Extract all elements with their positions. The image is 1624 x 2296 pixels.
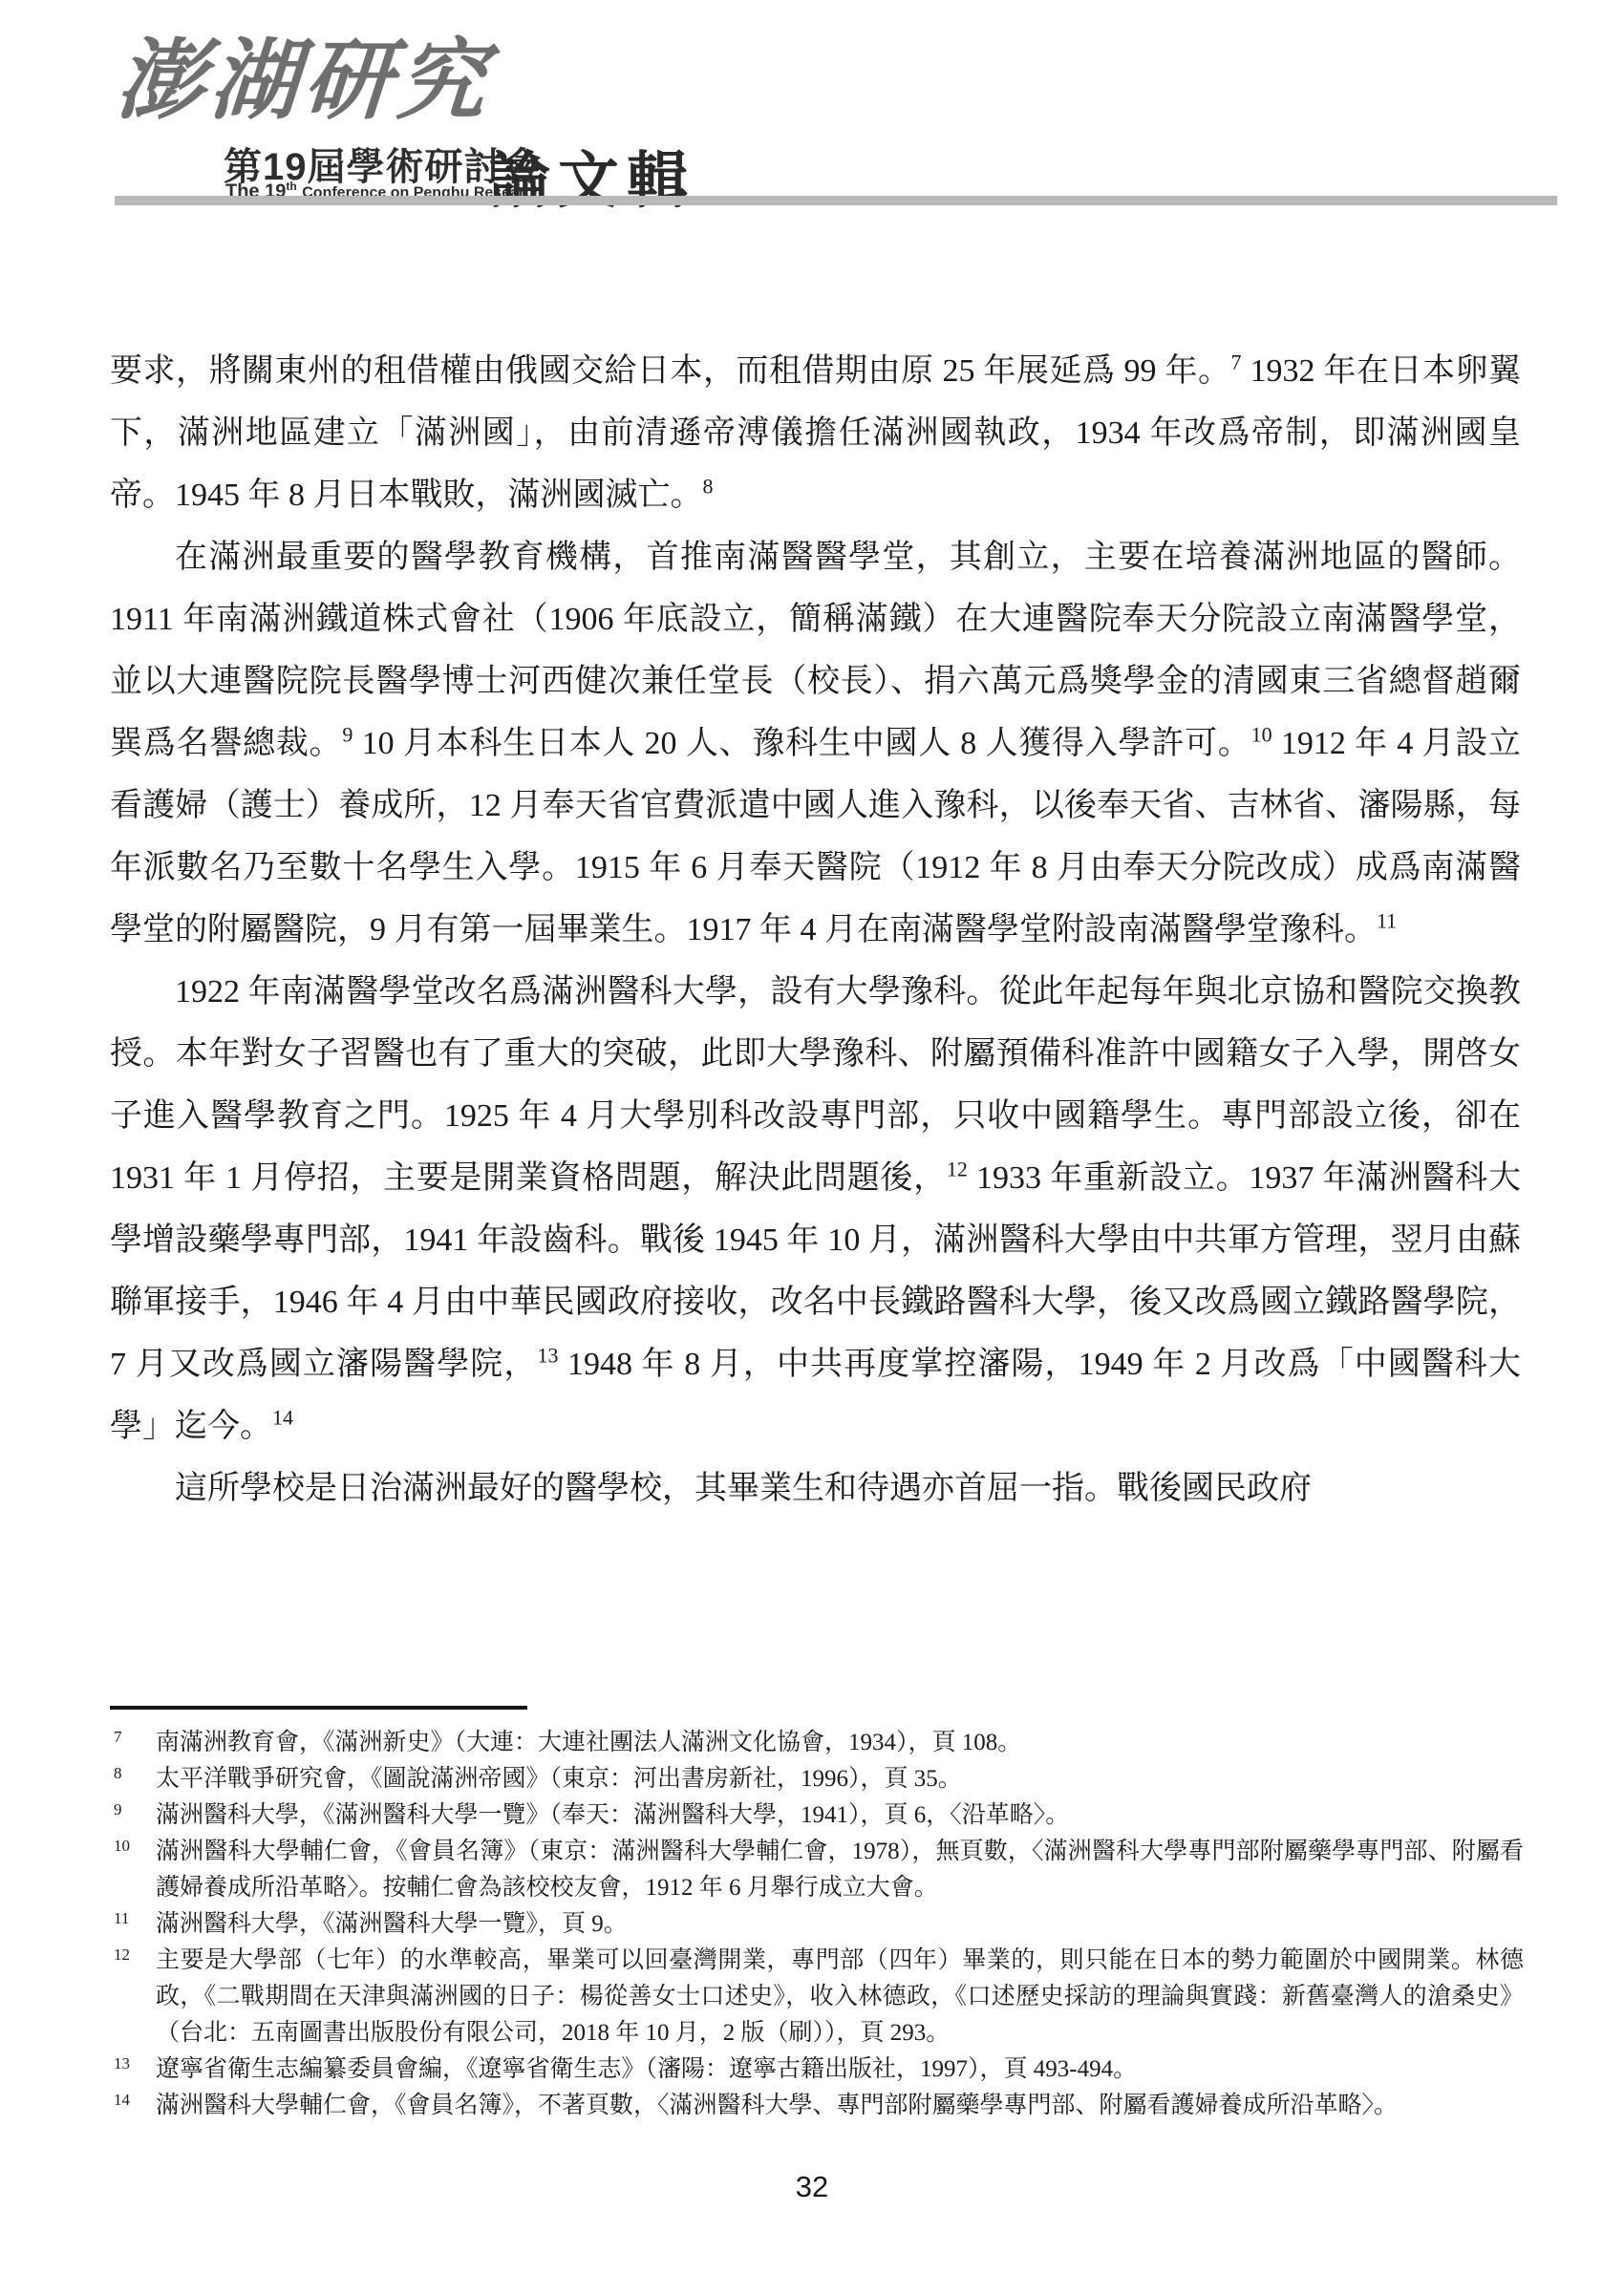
paragraph: 要求，將關東州的租借權由俄國交給日本，而租借期由原 25 年展延爲 99 年。7… (110, 340, 1521, 526)
footnote-item: 12主要是大學部（七年）的水準較高，畢業可以回臺灣開業，專門部（四年）畢業的，則… (110, 1943, 1524, 2052)
footnote-list: 7南滿洲教育會，《滿洲新史》（大連：大連社團法人滿洲文化協會，1934），頁 1… (110, 1725, 1524, 2124)
paragraph: 這所學校是日治滿洲最好的醫學校，其畢業生和待遇亦首屈一指。戰後國民政府 (110, 1457, 1521, 1520)
footnote-item: 8太平洋戰爭研究會，《圖說滿洲帝國》（東京：河出書房新社，1996），頁 35。 (110, 1761, 1524, 1797)
conference-en-ordinal: th (286, 180, 296, 193)
footnote-item: 11滿洲醫科大學，《滿洲醫科大學一覽》，頁 9。 (110, 1906, 1524, 1943)
footnote-ref: 8 (703, 475, 714, 499)
footnote-ref: 10 (1251, 723, 1272, 747)
footnote-ref: 12 (947, 1158, 968, 1181)
proceedings-label: 論文輯 (489, 132, 695, 220)
footnote-item: 13遼寧省衛生志編纂委員會編，《遼寧省衛生志》（瀋陽：遼寧古籍出版社，1997）… (110, 2052, 1524, 2088)
footnote-text: 南滿洲教育會，《滿洲新史》（大連：大連社團法人滿洲文化協會，1934），頁 10… (156, 1730, 1021, 1755)
footnote-number: 7 (114, 1719, 122, 1755)
footnote-number: 9 (114, 1792, 122, 1828)
paragraph: 1922 年南滿醫學堂改名爲滿洲醫科大學，設有大學豫科。從此年起每年與北京協和醫… (110, 961, 1521, 1457)
footnote-text: 遼寧省衛生志編纂委員會編，《遼寧省衛生志》（瀋陽：遼寧古籍出版社，1997），頁… (156, 2056, 1137, 2082)
footnote-number: 14 (114, 2082, 130, 2118)
footnote-ref: 9 (342, 723, 353, 747)
footnote-item: 10滿洲醫科大學輔仁會，《會員名簿》（東京：滿洲醫科大學輔仁會，1978），無頁… (110, 1834, 1524, 1906)
page-number: 32 (0, 2170, 1624, 2204)
footnote-item: 14滿洲醫科大學輔仁會，《會員名簿》，不著頁數，〈滿洲醫科大學、專門部附屬藥學專… (110, 2088, 1524, 2124)
footnote-ref: 13 (537, 1344, 558, 1368)
footnote-ref: 14 (272, 1406, 293, 1430)
footnote-text: 滿洲醫科大學，《滿洲醫科大學一覽》，頁 9。 (156, 1911, 628, 1937)
paragraph: 在滿洲最重要的醫學教育機構，首推南滿醫醫學堂，其創立，主要在培養滿洲地區的醫師。… (110, 526, 1521, 961)
footnote-item: 7南滿洲教育會，《滿洲新史》（大連：大連社團法人滿洲文化協會，1934），頁 1… (110, 1725, 1524, 1761)
footnote-ref: 11 (1377, 909, 1397, 933)
document-page: 澎湖研究 第19屆學術研討會 The 19th Conference on Pe… (0, 0, 1624, 2296)
footnote-ref: 7 (1231, 351, 1242, 374)
penghu-research-logo: 澎湖研究 (113, 29, 495, 134)
footnote-number: 8 (114, 1755, 122, 1792)
footnote-divider (110, 1706, 527, 1710)
footnote-text: 太平洋戰爭研究會，《圖說滿洲帝國》（東京：河出書房新社，1996），頁 35。 (156, 1766, 962, 1792)
article-body: 要求，將關東州的租借權由俄國交給日本，而租借期由原 25 年展延爲 99 年。7… (110, 340, 1521, 1520)
footnote-text: 滿洲醫科大學輔仁會，《會員名簿》（東京：滿洲醫科大學輔仁會，1978），無頁數，… (156, 1839, 1524, 1901)
footnote-text: 主要是大學部（七年）的水準較高，畢業可以回臺灣開業，專門部（四年）畢業的，則只能… (156, 1947, 1524, 2046)
footnote-item: 9滿洲醫科大學，《滿洲醫科大學一覽》（奉天：滿洲醫科大學，1941），頁 6，〈… (110, 1797, 1524, 1834)
footnote-text: 滿洲醫科大學，《滿洲醫科大學一覽》（奉天：滿洲醫科大學，1941），頁 6，〈沿… (156, 1802, 1069, 1828)
footnote-number: 13 (114, 2046, 130, 2082)
footnote-number: 12 (114, 1937, 130, 1973)
footnotes-section: 7南滿洲教育會，《滿洲新史》（大連：大連社團法人滿洲文化協會，1934），頁 1… (110, 1706, 1524, 2124)
footnote-text: 滿洲醫科大學輔仁會，《會員名簿》，不著頁數，〈滿洲醫科大學、專門部附屬藥學專門部… (156, 2093, 1398, 2118)
footnote-number: 11 (114, 1901, 129, 1937)
footnote-number: 10 (114, 1828, 130, 1864)
header-divider (115, 196, 1557, 205)
